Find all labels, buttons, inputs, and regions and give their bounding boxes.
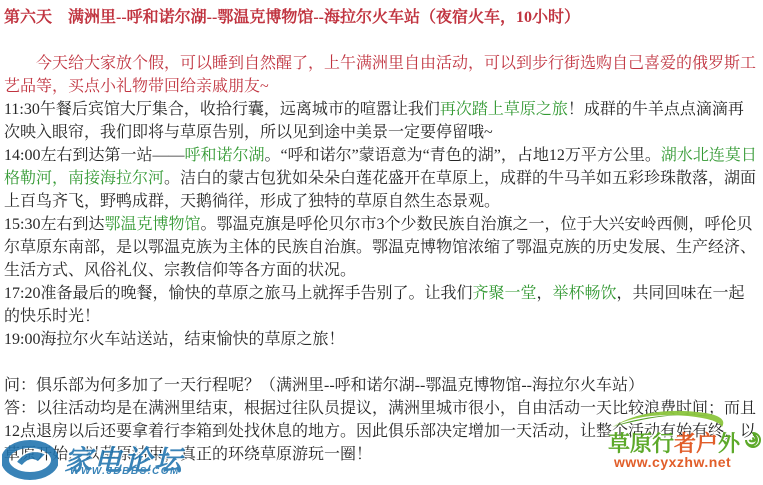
schedule-1530: 15:30左右到达鄂温克博物馆。鄂温克旗是呼伦贝尔市3个少数民族自治旗之一，位于… — [4, 213, 759, 282]
text-segment: 15:30左右到达 — [4, 216, 104, 233]
text-segment: 问：俱乐部为何多加了一天行程呢？（满洲里--呼和诺尔湖--鄂温克博物馆--海拉尔… — [4, 377, 644, 394]
text-segment: 17:20准备最后的晚餐，愉快的草原之旅马上就挥手告别了。让我们 — [4, 285, 472, 302]
document-body: 第六天 满洲里--呼和诺尔湖--鄂温克博物馆--海拉尔火车站（夜宿火车，10小时… — [4, 6, 759, 466]
text-segment: 举杯畅饮 — [552, 285, 616, 302]
text-segment: 14:00左右到达第一站—— — [4, 147, 184, 164]
qa-question: 问：俱乐部为何多加了一天行程呢？（满洲里--呼和诺尔湖--鄂温克博物馆--海拉尔… — [4, 374, 759, 397]
intro-paragraph: 今天给大家放个假，可以睡到自然醒了，上午满洲里自由活动，可以到步行街选购自己喜爱… — [4, 52, 759, 98]
text-segment: 齐聚一堂 — [472, 285, 536, 302]
schedule-1400: 14:00左右到达第一站——呼和诺尔湖。“呼和诺尔”蒙语意为“青色的湖”，占地1… — [4, 144, 759, 213]
qa-answer: 答：以往活动均是在满洲里结束，根据过往队员提议，满洲里城市很小，自由活动一天比较… — [4, 397, 759, 466]
jdbbs-url: WWW.JDBBS.COM — [70, 466, 180, 477]
text-segment: 呼和诺尔湖 — [184, 147, 264, 164]
schedule-1130: 11:30午餐后宾馆大厅集合，收拾行囊，远离城市的喧嚣让我们再次踏上草原之旅！成… — [4, 98, 759, 144]
text-segment: ， — [536, 285, 552, 302]
schedule-1900: 19:00海拉尔火车站送站，结束愉快的草原之旅！ — [4, 328, 759, 351]
text-segment: 19:00海拉尔火车站送站，结束愉快的草原之旅！ — [4, 331, 344, 348]
text-segment: 11:30午餐后宾馆大厅集合，收拾行囊，远离城市的喧嚣让我们 — [4, 101, 440, 118]
text-segment: 答：以往活动均是在满洲里结束，根据过往队员提议，满洲里城市很小，自由活动一天比较… — [4, 400, 756, 463]
schedule-1720: 17:20准备最后的晚餐，愉快的草原之旅马上就挥手告别了。让我们齐聚一堂，举杯畅… — [4, 282, 759, 328]
text-segment: 鄂温克博物馆 — [104, 216, 200, 233]
text-segment: 今天给大家放个假，可以睡到自然醒了，上午满洲里自由活动，可以到步行街选购自己喜爱… — [4, 55, 756, 95]
text-segment: 。“呼和诺尔”蒙语意为“青色的湖”，占地12万平方公里。 — [264, 147, 660, 164]
text-segment: 再次踏上草原之旅 — [440, 101, 568, 118]
day-title: 第六天 满洲里--呼和诺尔湖--鄂温克博物馆--海拉尔火车站（夜宿火车，10小时… — [4, 6, 759, 29]
